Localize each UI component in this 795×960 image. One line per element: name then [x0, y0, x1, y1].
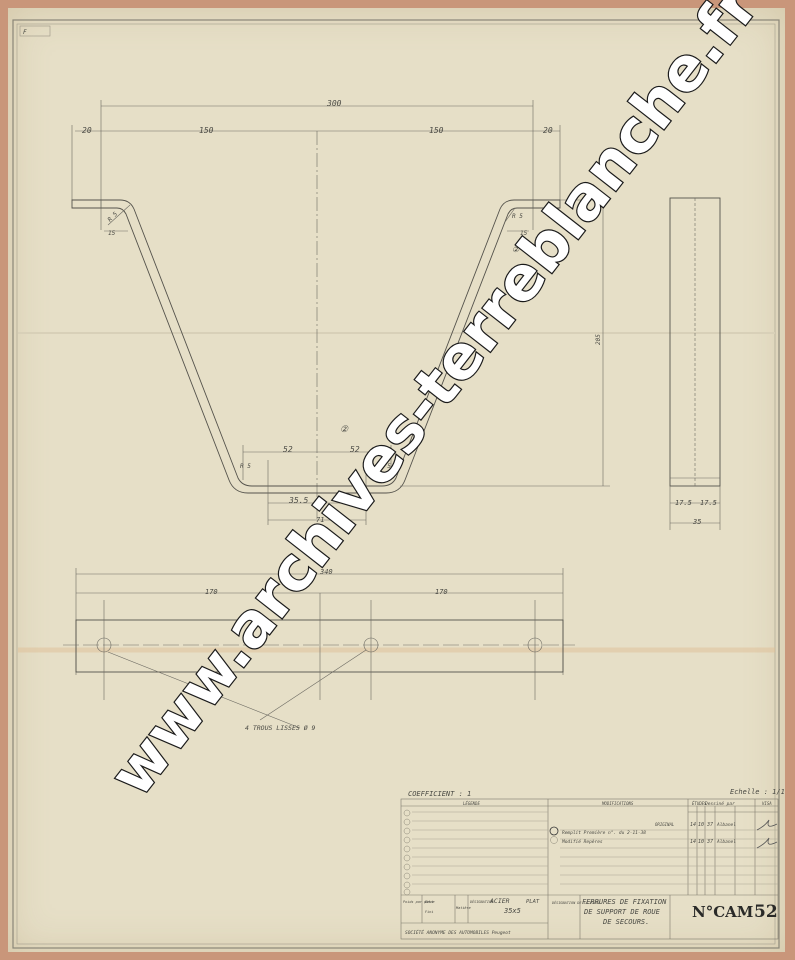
part-title-line-1: FERRURES DE FIXATION	[582, 898, 667, 906]
svg-text:②: ②	[340, 425, 349, 435]
svg-text:205: 205	[595, 334, 602, 345]
coefficient-label: COEFFICIENT : 1	[408, 790, 471, 798]
svg-text:Fini: Fini	[425, 910, 433, 914]
svg-text:PLAT: PLAT	[526, 899, 540, 905]
svg-text:VISA: VISA	[762, 801, 772, 806]
svg-text:Albanel: Albanel	[716, 839, 736, 845]
svg-text:20: 20	[82, 126, 92, 135]
visa-signatures	[757, 820, 777, 848]
svg-text:35: 35	[692, 518, 701, 526]
svg-text:Albanel: Albanel	[716, 822, 736, 828]
svg-text:37: 37	[706, 839, 713, 845]
svg-text:150: 150	[199, 126, 214, 135]
legend-header: LÉGENDE	[463, 801, 480, 806]
title-block: COEFFICIENT : 1 Echelle : 1/1	[401, 788, 785, 939]
svg-text:10: 10	[698, 822, 704, 828]
svg-text:17.5: 17.5	[700, 499, 717, 507]
mod-row-2: Modifié Repères	[561, 838, 603, 845]
svg-text:R 5: R 5	[106, 211, 119, 224]
svg-text:170: 170	[435, 588, 448, 596]
corner-label: F	[23, 29, 27, 36]
material-value: ACIER	[489, 897, 510, 905]
svg-text:14: 14	[690, 839, 696, 845]
svg-text:Dessiné par: Dessiné par	[704, 800, 735, 807]
svg-text:52: 52	[283, 445, 293, 454]
svg-text:R 5: R 5	[512, 213, 523, 220]
svg-text:R 5: R 5	[240, 463, 251, 470]
svg-text:37: 37	[706, 822, 713, 828]
watermark: www.archives-terreblanche.fr	[97, 0, 773, 809]
modifications-header: MODIFICATIONS	[601, 801, 634, 806]
company-name: SOCIÉTÉ ANONYME DES AUTOMOBILES Peugeot	[405, 928, 511, 936]
technical-drawing: F	[0, 0, 795, 960]
mod-row-1: Remplit Première n°. du 2-11-38	[562, 829, 646, 836]
svg-text:14: 14	[690, 822, 696, 828]
part-title-line-3: DE SECOURS.	[602, 918, 649, 926]
svg-text:15: 15	[108, 230, 116, 237]
scale-label: Echelle : 1/1	[730, 788, 785, 796]
section-value: 35x5	[503, 907, 521, 915]
svg-text:17.5: 17.5	[675, 499, 692, 507]
original-label: ORIGINAL	[655, 822, 675, 827]
svg-text:150: 150	[429, 126, 444, 135]
svg-text:Matière: Matière	[455, 906, 471, 910]
holes-note: 4 TROUS LISSES Ø 9	[245, 724, 316, 732]
drawing-number-prefix: N°CAM	[692, 903, 753, 921]
svg-text:300: 300	[326, 99, 342, 108]
part-title-line-2: DE SUPPORT DE ROUE	[583, 908, 661, 916]
svg-text:Brut: Brut	[425, 900, 433, 904]
drawing-number: 52	[754, 902, 778, 922]
svg-text:20: 20	[543, 126, 553, 135]
side-view	[670, 198, 720, 530]
svg-text:10: 10	[698, 839, 704, 845]
svg-text:170: 170	[205, 588, 218, 596]
